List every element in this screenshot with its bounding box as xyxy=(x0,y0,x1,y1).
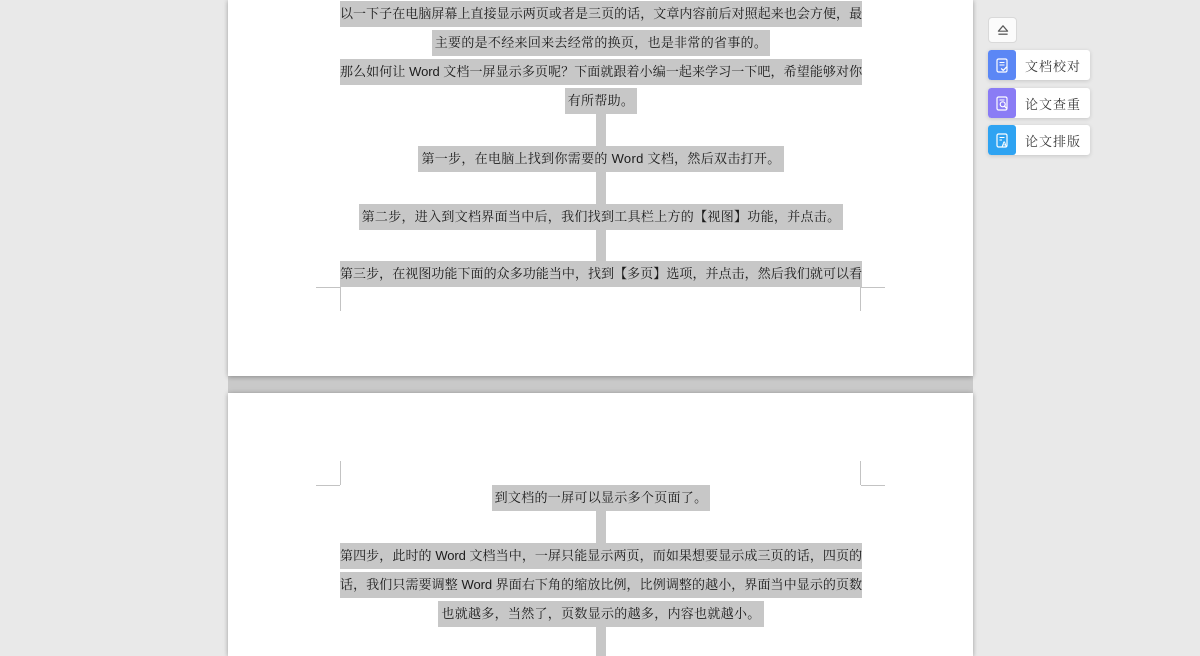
tool-label: 论文查重 xyxy=(1016,88,1090,118)
document-page-2[interactable]: 到文档的一屏可以显示多个页面了。 第四步，此时的 Word 文档当中，一屏只能显… xyxy=(228,393,973,656)
selected-text-line[interactable]: 第四步，此时的 Word 文档当中，一屏只能显示两页，而如果想要显示成三页的话，… xyxy=(340,543,862,569)
margin-corner-mark xyxy=(860,287,861,311)
selected-text-line[interactable]: 也就越多，当然了，页数显示的越多，内容也就越小。 xyxy=(340,601,862,627)
selected-text-line[interactable]: 主要的是不经来回来去经常的换页，也是非常的省事的。 xyxy=(340,30,862,56)
doc-search-icon xyxy=(988,88,1016,118)
selected-text-line[interactable]: 第二步，进入到文档界面当中后，我们找到工具栏上方的【视图】功能，并点击。 xyxy=(340,204,862,230)
selected-text-line[interactable]: 话，我们只需要调整 Word 界面右下角的缩放比例，比例调整的越小，界面当中显示… xyxy=(340,572,862,598)
document-page-1[interactable]: 以一下子在电脑屏幕上直接显示两页或者是三页的话，文章内容前后对照起来也会方便，最… xyxy=(228,0,973,376)
margin-corner-mark xyxy=(340,461,341,485)
margin-corner-mark xyxy=(861,485,885,486)
selected-text: 到文档的一屏可以显示多个页面了。 xyxy=(492,485,711,511)
selected-text-line[interactable]: 有所帮助。 xyxy=(340,88,862,114)
margin-corner-mark xyxy=(861,287,885,288)
margin-corner-mark xyxy=(316,287,340,288)
selected-empty-line xyxy=(596,172,606,204)
page-gap xyxy=(228,374,973,395)
tool-label: 论文排版 xyxy=(1016,125,1090,155)
doc-typeset-icon: A xyxy=(988,125,1016,155)
margin-corner-mark xyxy=(316,485,340,486)
tool-label: 文档校对 xyxy=(1016,50,1090,80)
tool-paper-typeset-button[interactable]: A 论文排版 xyxy=(988,125,1090,155)
selected-empty-line xyxy=(596,230,606,261)
tool-doc-proofread-button[interactable]: 文档校对 xyxy=(988,50,1090,80)
selected-text: 第一步，在电脑上找到你需要的 Word 文档，然后双击打开。 xyxy=(418,146,783,172)
margin-corner-mark xyxy=(860,461,861,485)
selected-text: 也就越多，当然了，页数显示的越多，内容也就越小。 xyxy=(438,601,763,627)
selected-empty-line xyxy=(596,627,606,656)
margin-corner-mark xyxy=(340,287,341,311)
eject-icon xyxy=(995,23,1011,38)
svg-text:A: A xyxy=(1001,139,1007,148)
selected-text: 第二步，进入到文档界面当中后，我们找到工具栏上方的【视图】功能，并点击。 xyxy=(359,204,844,230)
selected-text-line[interactable]: 到文档的一屏可以显示多个页面了。 xyxy=(340,485,862,511)
selected-text: 主要的是不经来回来去经常的换页，也是非常的省事的。 xyxy=(432,30,771,56)
collapse-toolbar-button[interactable] xyxy=(988,17,1017,43)
selected-text-line[interactable]: 第三步，在视图功能下面的众多功能当中，找到【多页】选项，并点击，然后我们就可以看 xyxy=(340,261,862,287)
doc-check-icon xyxy=(988,50,1016,80)
selected-text: 有所帮助。 xyxy=(565,88,638,114)
tool-paper-plagiarism-check-button[interactable]: 论文查重 xyxy=(988,88,1090,118)
selected-empty-line xyxy=(596,114,606,146)
selected-empty-line xyxy=(596,511,606,543)
selected-text-line[interactable]: 以一下子在电脑屏幕上直接显示两页或者是三页的话，文章内容前后对照起来也会方便，最 xyxy=(340,1,862,27)
selected-text-line[interactable]: 第一步，在电脑上找到你需要的 Word 文档，然后双击打开。 xyxy=(340,146,862,172)
selected-text-line[interactable]: 那么如何让 Word 文档一屏显示多页呢？下面就跟着小编一起来学习一下吧，希望能… xyxy=(340,59,862,85)
